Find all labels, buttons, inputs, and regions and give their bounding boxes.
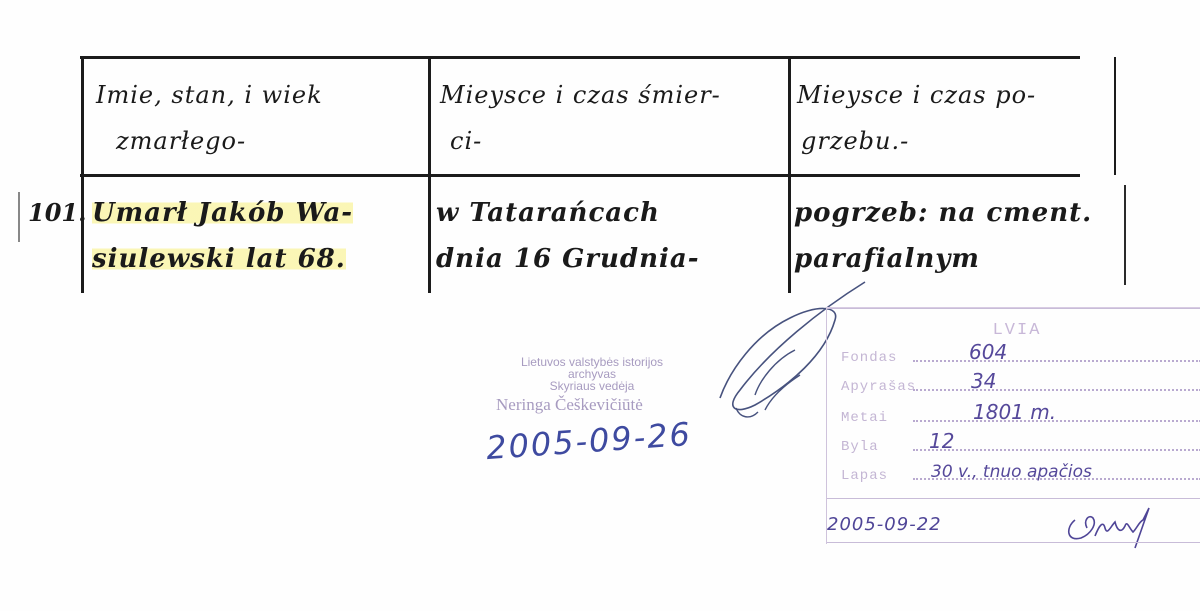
fond-field-metai: Metai 1801 m. (841, 402, 1200, 426)
field-value: 30 v., tnuo apačios (931, 462, 1092, 482)
fond-stamp-date: 2005-09-22 (827, 514, 942, 535)
column-divider-2 (788, 57, 791, 293)
fond-field-byla: Byla 12 (841, 431, 1200, 455)
row-right-border (1124, 185, 1126, 285)
stamp-signature-icon (1057, 498, 1167, 548)
field-value: 1801 m. (973, 400, 1056, 424)
fond-field-apyrasas: Apyrašas 34 (841, 371, 1200, 395)
cell-line-1: w Tatarańcach (436, 198, 660, 228)
dotted-line (913, 449, 1200, 451)
scanned-document: Imie, stan, i wiek zmarłego- Mieysce i c… (0, 0, 1200, 611)
fond-stamp: LVIA Fondas 604 Apyrašas 34 Metai 1801 m… (826, 307, 1200, 544)
fond-stamp-title: LVIA (977, 321, 1057, 340)
header-line-1: Mieysce i czas śmier- (440, 81, 721, 109)
cell-name-status-age: Umarł Jakób Wa- siulewski lat 68. (92, 190, 432, 282)
cell-place-time-burial: pogrzeb: na cment. parafialnym (794, 190, 1124, 282)
highlighted-text: siulewski lat 68. (92, 244, 346, 274)
field-label: Byla (841, 439, 879, 455)
left-margin-mark (18, 192, 20, 242)
cell-line-2: dnia 16 Grudnia- (436, 236, 786, 282)
field-value: 604 (969, 340, 1007, 364)
header-line-1: Mieysce i czas po- (797, 81, 1036, 109)
archive-handwritten-date: 2005-09-26 (485, 415, 693, 467)
fond-field-lapas: Lapas 30 v., tnuo apačios (841, 460, 1200, 484)
column-header-place-time-death: Mieysce i czas śmier- ci- (440, 72, 785, 164)
cell-line-2: parafialnym (794, 236, 1124, 282)
archive-stamp: Lietuvos valstybės istorijos archyvas Sk… (492, 356, 692, 414)
archive-stamp-name: Neringa Češkevičiūtė (492, 396, 692, 414)
header-line-1: Imie, stan, i wiek (96, 81, 323, 109)
header-bottom-border (80, 174, 1080, 177)
field-label: Lapas (841, 468, 888, 484)
header-line-2: ci- (440, 118, 785, 164)
stamp-bottom-line (827, 542, 1200, 543)
dotted-line (913, 420, 1200, 422)
header-line-2: grzebu.- (797, 118, 1117, 164)
entry-number: 101. (28, 198, 86, 227)
column-header-name-status-age: Imie, stan, i wiek zmarłego- (96, 72, 426, 164)
fond-field-fondas: Fondas 604 (841, 342, 1200, 366)
cell-place-time-death: w Tatarańcach dnia 16 Grudnia- (436, 190, 786, 282)
header-line-2: zmarłego- (96, 118, 426, 164)
cell-line-1: pogrzeb: na cment. (794, 198, 1092, 228)
highlighted-text: Umarł Jakób Wa- (92, 198, 353, 228)
table-top-border (80, 56, 1080, 59)
field-value: 34 (971, 369, 996, 393)
dotted-line (913, 389, 1200, 391)
field-value: 12 (929, 429, 954, 453)
dotted-line (913, 360, 1200, 362)
field-label: Fondas (841, 350, 897, 366)
archive-stamp-line-3: Skyriaus vedėja (492, 380, 692, 393)
table-left-border (81, 57, 84, 293)
column-header-place-time-burial: Mieysce i czas po- grzebu.- (797, 72, 1117, 164)
stamp-top-line (827, 308, 1200, 309)
field-label: Metai (841, 410, 888, 426)
field-label: Apyrašas (841, 379, 916, 395)
